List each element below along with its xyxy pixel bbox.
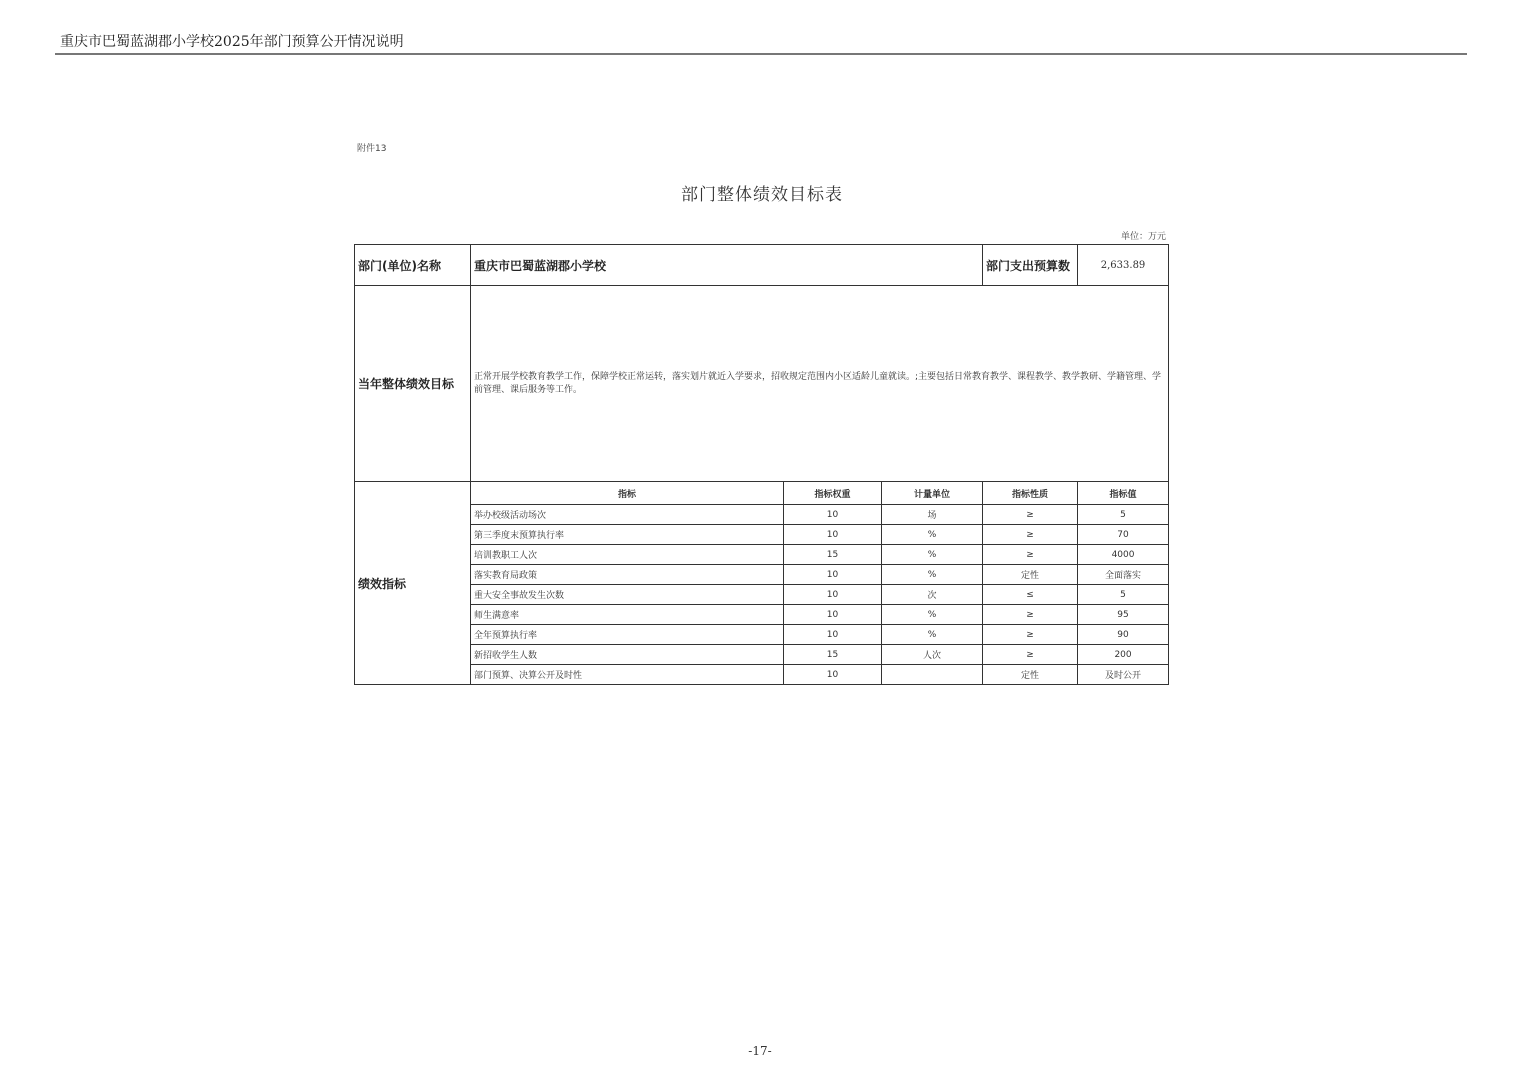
indicator-unit: %: [882, 565, 983, 585]
indicator-value: 4000: [1078, 545, 1169, 565]
attachment-label: 附件13: [357, 141, 386, 154]
indicator-nature: ≥: [983, 545, 1078, 565]
indicator-weight: 10: [784, 585, 882, 605]
table-title: 部门整体绩效目标表: [0, 180, 1520, 205]
indicator-name: 第三季度末预算执行率: [471, 525, 784, 545]
indicator-nature: ≥: [983, 525, 1078, 545]
indicator-value: 全面落实: [1078, 565, 1169, 585]
indicator-nature: ≤: [983, 585, 1078, 605]
table-row: 全年预算执行率10%≥90: [355, 625, 1169, 645]
indicator-name: 培训教职工人次: [471, 545, 784, 565]
indicator-unit: 场: [882, 505, 983, 525]
column-header-weight: 指标权重: [784, 482, 882, 505]
table-row: 重大安全事故发生次数10次≤5: [355, 585, 1169, 605]
document-header-title: 重庆市巴蜀蓝湖郡小学校2025年部门预算公开情况说明: [60, 31, 404, 51]
indicator-name: 举办校级活动场次: [471, 505, 784, 525]
indicator-nature: ≥: [983, 505, 1078, 525]
indicator-name: 师生满意率: [471, 605, 784, 625]
table-row: 举办校级活动场次10场≥5: [355, 505, 1169, 525]
table-row: 部门预算、决算公开及时性10定性及时公开: [355, 665, 1169, 685]
indicator-unit: %: [882, 525, 983, 545]
budget-label: 部门支出预算数: [983, 245, 1078, 286]
table-row: 新招收学生人数15人次≥200: [355, 645, 1169, 665]
table-row: 第三季度末预算执行率10%≥70: [355, 525, 1169, 545]
indicator-value: 90: [1078, 625, 1169, 645]
indicator-unit: [882, 665, 983, 685]
indicator-name: 全年预算执行率: [471, 625, 784, 645]
column-header-value: 指标值: [1078, 482, 1169, 505]
indicator-unit: %: [882, 625, 983, 645]
column-header-nature: 指标性质: [983, 482, 1078, 505]
indicator-value: 70: [1078, 525, 1169, 545]
header-divider: [55, 53, 1467, 55]
table-row: 师生满意率10%≥95: [355, 605, 1169, 625]
indicator-weight: 10: [784, 565, 882, 585]
indicator-value: 5: [1078, 585, 1169, 605]
annual-goal-label: 当年整体绩效目标: [355, 286, 471, 482]
page-number: -17-: [0, 1044, 1520, 1058]
dept-name-value: 重庆市巴蜀蓝湖郡小学校: [471, 245, 983, 286]
indicator-nature: 定性: [983, 665, 1078, 685]
indicator-unit: 人次: [882, 645, 983, 665]
indicator-weight: 10: [784, 625, 882, 645]
indicator-value: 5: [1078, 505, 1169, 525]
dept-name-row: 部门(单位)名称 重庆市巴蜀蓝湖郡小学校 部门支出预算数 2,633.89: [355, 245, 1169, 286]
indicator-weight: 15: [784, 645, 882, 665]
dept-name-label: 部门(单位)名称: [355, 245, 471, 286]
indicator-name: 新招收学生人数: [471, 645, 784, 665]
indicator-nature: ≥: [983, 625, 1078, 645]
indicator-unit: 次: [882, 585, 983, 605]
indicator-name: 重大安全事故发生次数: [471, 585, 784, 605]
indicator-name: 落实教育局政策: [471, 565, 784, 585]
indicator-weight: 10: [784, 605, 882, 625]
column-header-unit: 计量单位: [882, 482, 983, 505]
table-row: 落实教育局政策10%定性全面落实: [355, 565, 1169, 585]
indicator-header-row: 绩效指标 指标 指标权重 计量单位 指标性质 指标值: [355, 482, 1169, 505]
indicator-value: 95: [1078, 605, 1169, 625]
annual-goal-row: 当年整体绩效目标 正常开展学校教育教学工作，保障学校正常运转，落实划片就近入学要…: [355, 286, 1169, 482]
unit-label: 单位：万元: [1121, 229, 1166, 242]
indicator-unit: %: [882, 605, 983, 625]
annual-goal-text: 正常开展学校教育教学工作，保障学校正常运转，落实划片就近入学要求，招收规定范围内…: [471, 286, 1169, 482]
indicator-name: 部门预算、决算公开及时性: [471, 665, 784, 685]
indicator-value: 200: [1078, 645, 1169, 665]
indicator-weight: 15: [784, 545, 882, 565]
table-row: 培训教职工人次15%≥4000: [355, 545, 1169, 565]
indicator-unit: %: [882, 545, 983, 565]
column-header-indicator: 指标: [471, 482, 784, 505]
indicator-nature: ≥: [983, 645, 1078, 665]
indicators-label: 绩效指标: [355, 482, 471, 685]
indicator-weight: 10: [784, 525, 882, 545]
indicator-nature: ≥: [983, 605, 1078, 625]
budget-value: 2,633.89: [1078, 245, 1169, 286]
indicator-weight: 10: [784, 665, 882, 685]
indicator-weight: 10: [784, 505, 882, 525]
indicator-value: 及时公开: [1078, 665, 1169, 685]
performance-target-table: 部门(单位)名称 重庆市巴蜀蓝湖郡小学校 部门支出预算数 2,633.89 当年…: [354, 244, 1169, 685]
indicator-nature: 定性: [983, 565, 1078, 585]
